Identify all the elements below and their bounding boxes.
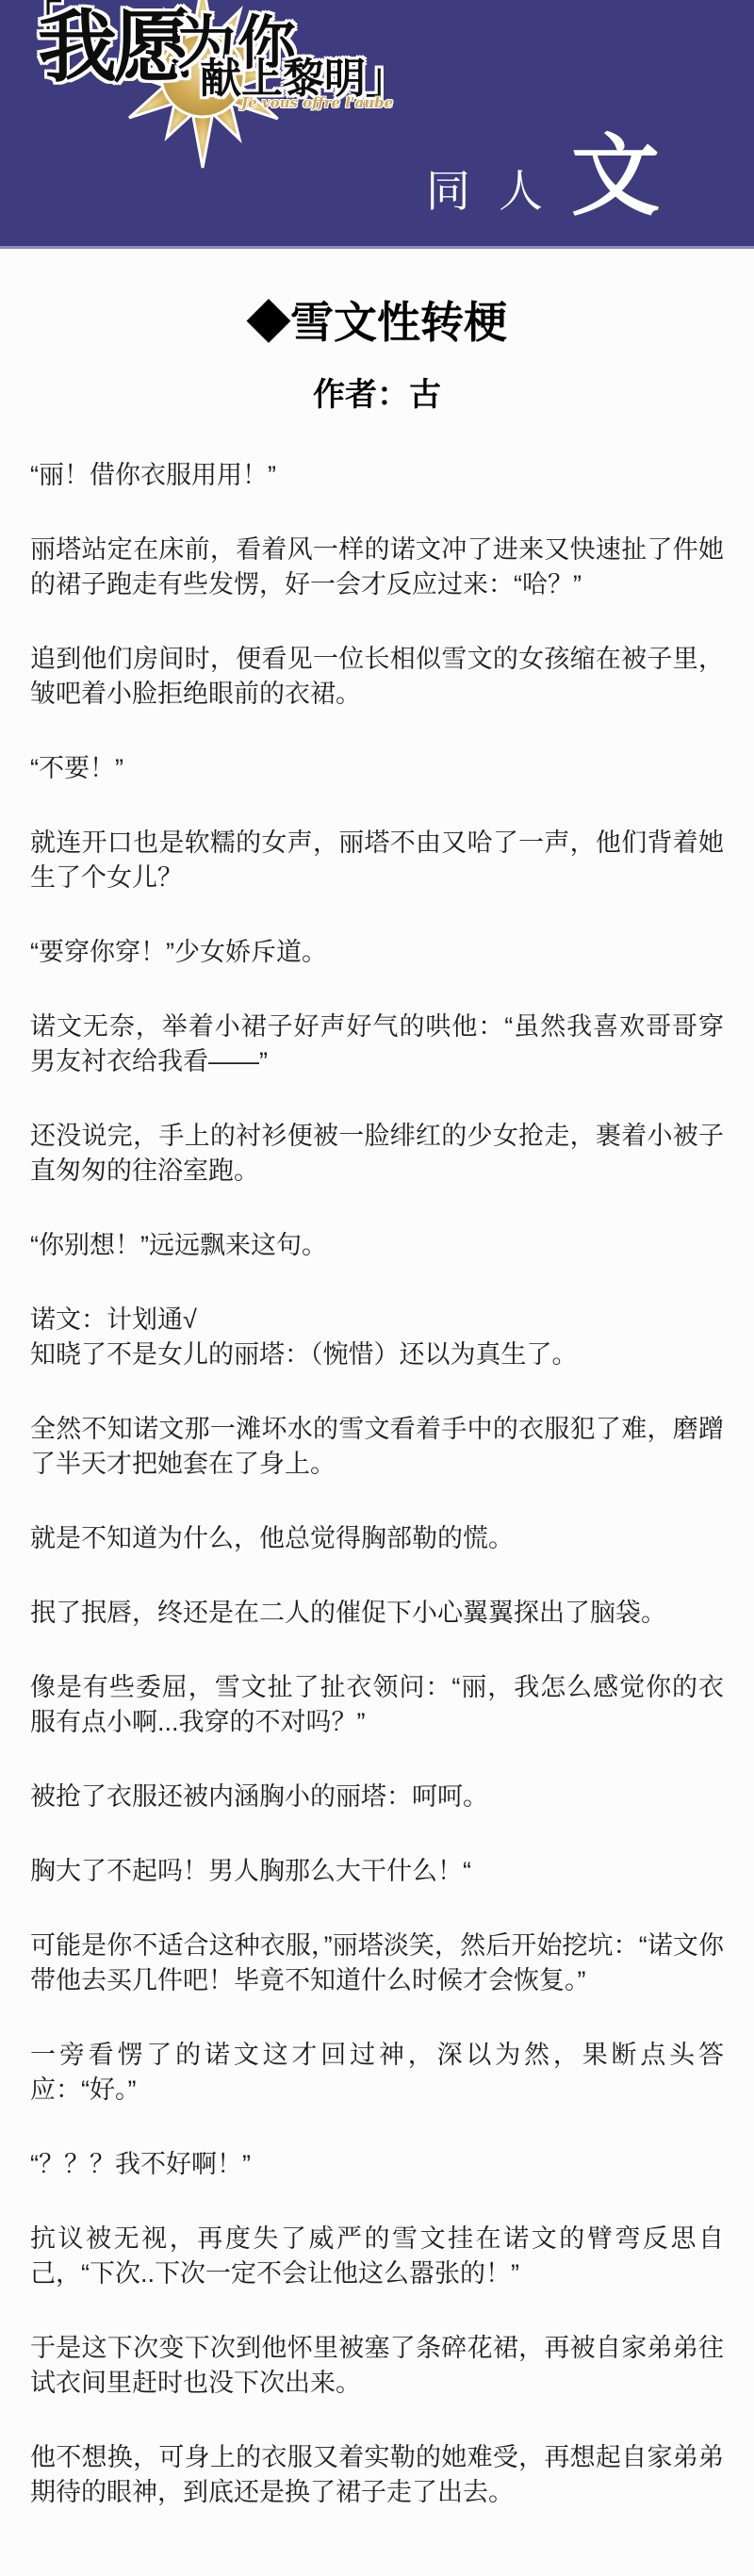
paragraph: 抗议被无视，再度失了威严的雪文挂在诺文的臂弯反思自己，“下次..下次一定不会让他…	[30, 2222, 724, 2291]
paragraph: 抿了抿唇，终还是在二人的催促下小心翼翼探出了脑袋。	[30, 1596, 724, 1631]
paragraph: “要穿你穿！”少女娇斥道。	[30, 935, 724, 970]
paragraph: 诺文无奈，举着小裙子好声好气的哄他：“虽然我喜欢哥哥穿男友衬衣给我看——”	[30, 1009, 724, 1079]
paragraph: 被抢了衣服还被内涵胸小的丽塔：呵呵。	[30, 1780, 724, 1814]
paragraph: 像是有些委屈，雪文扯了扯衣领问：“丽，我怎么感觉你的衣服有点小啊...我穿的不对…	[30, 1670, 724, 1740]
banner-header: 「 我愿 为你 献上黎明」 Je vous offre l'aube 同人文	[0, 0, 754, 249]
paragraph: 胸大了不起吗！男人胸那么大干什么！“	[30, 1854, 724, 1889]
logo-title-part1: 我愿	[38, 8, 188, 87]
paragraph: “不要！”	[30, 751, 724, 786]
category-label: 同人文	[426, 132, 660, 221]
paragraph: 全然不知诺文那一滩坏水的雪文看着手中的衣服犯了难，磨蹭了半天才把她套在了身上。	[30, 1412, 724, 1482]
page: 「 我愿 为你 献上黎明」 Je vous offre l'aube 同人文 ◆…	[0, 0, 754, 2576]
paragraph: 可能是你不适合这种衣服，”丽塔淡笑，然后开始挖坑：“诺文你带他去买几件吧！毕竟不…	[30, 1928, 724, 1998]
paragraph-list: “丽！借你衣服用用！”丽塔站定在床前，看着风一样的诺文冲了进来又快速扯了件她的裙…	[30, 458, 724, 2510]
paragraph: “丽！借你衣服用用！”	[30, 458, 724, 493]
paragraph: 还没说完，手上的衬衫便被一脸绯红的少女抢走，裹着小被子直匆匆的往浴室跑。	[30, 1119, 724, 1189]
category-label-part2: 文	[571, 124, 660, 228]
paragraph: 追到他们房间时，便看见一位长相似雪文的女孩缩在被子里，皱吧着小脸拒绝眼前的衣裙。	[30, 642, 724, 712]
paragraph: 他不想换，可身上的衣服又着实勒的她难受，再想起自家弟弟期待的眼神，到底还是换了裙…	[30, 2440, 724, 2510]
paragraph: 丽塔站定在床前，看着风一样的诺文冲了进来又快速扯了件她的裙子跑走有些发愣，好一会…	[30, 533, 724, 602]
article-title: ◆雪文性转梗	[30, 294, 724, 351]
paragraph: 于是这下次变下次到他怀里被塞了条碎花裙，再被自家弟弟往试衣间里赶时也没下次出来。	[30, 2331, 724, 2401]
paragraph: 诺文：计划通√ 知晓了不是女儿的丽塔：（惋惜）还以为真生了。	[30, 1303, 724, 1372]
paragraph: 就连开口也是软糯的女声，丽塔不由又哈了一声，他们背着她生了个女儿？	[30, 826, 724, 895]
paragraph: 一旁看愣了的诺文这才回过神，深以为然，果断点头答应：“好。”	[30, 2038, 724, 2108]
article-author: 作者：古	[30, 373, 724, 417]
article: ◆雪文性转梗 作者：古 “丽！借你衣服用用！”丽塔站定在床前，看着风一样的诺文冲…	[0, 249, 754, 2510]
category-label-part1: 同人	[426, 166, 571, 218]
paragraph: “你别想！”远远飘来这句。	[30, 1228, 724, 1263]
paragraph: 就是不知道为什么，他总觉得胸部勒的慌。	[30, 1521, 724, 1556]
logo-subtitle-french: Je vous offre l'aube	[241, 96, 393, 110]
paragraph: “？？？我不好啊！”	[30, 2147, 724, 2182]
logo: 「 我愿 为你 献上黎明」 Je vous offre l'aube	[0, 0, 396, 249]
